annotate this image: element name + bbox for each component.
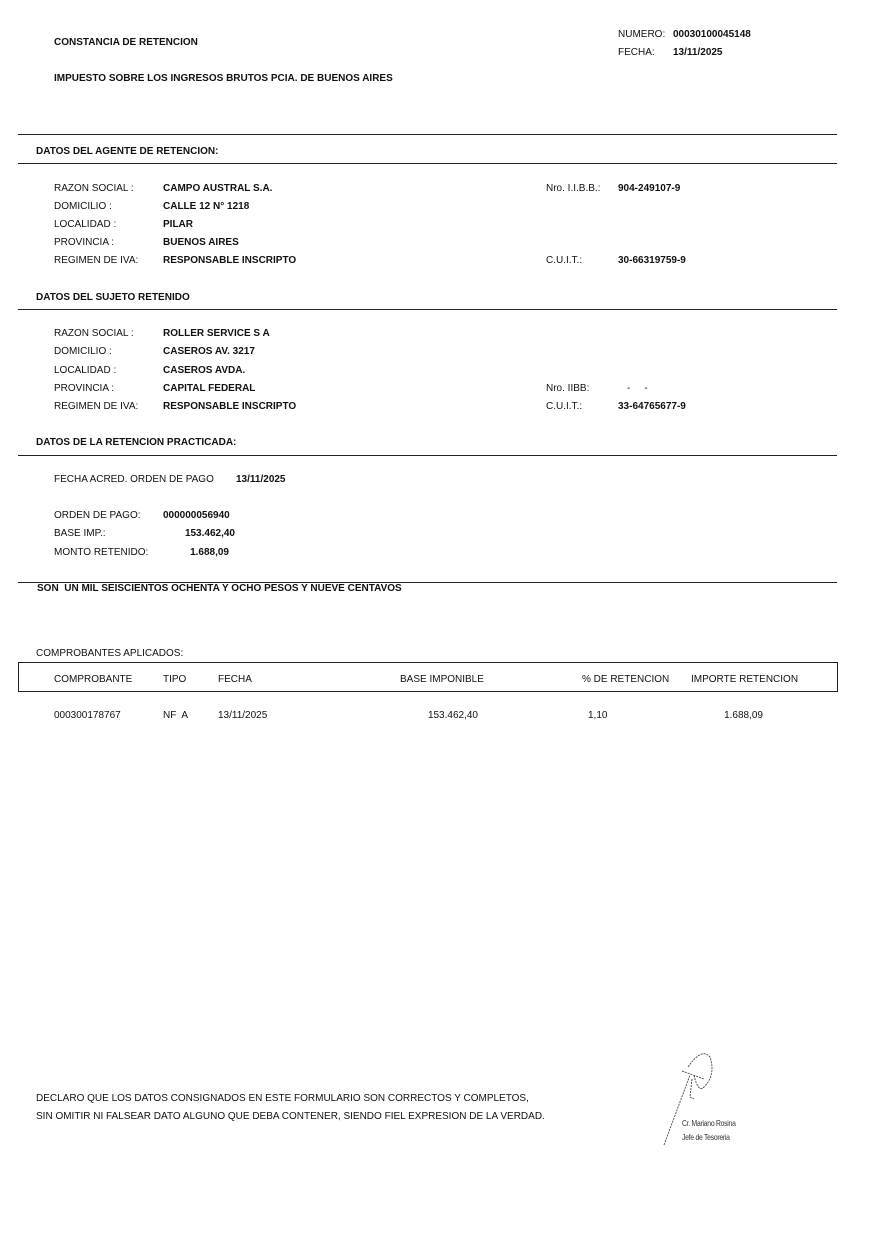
document-subtitle: IMPUESTO SOBRE LOS INGRESOS BRUTOS PCIA.… [54, 73, 393, 84]
field-value: RESPONSABLE INSCRIPTO [163, 401, 296, 412]
cuit-label: C.U.I.T.: [546, 401, 582, 412]
signature-name: Cr. Mariano Rosina [682, 1119, 736, 1128]
iibb-value: 904-249107-9 [618, 183, 680, 194]
column-header: COMPROBANTE [54, 674, 132, 685]
field-value: RESPONSABLE INSCRIPTO [163, 255, 296, 266]
signature-role: Jefe de Tesoreria [682, 1133, 730, 1142]
field-value: CAMPO AUSTRAL S.A. [163, 183, 272, 194]
declaration-line-1: DECLARO QUE LOS DATOS CONSIGNADOS EN EST… [36, 1093, 529, 1104]
amount-in-words: SON UN MIL SEISCIENTOS OCHENTA Y OCHO PE… [37, 583, 402, 594]
cell-comprobante: 000300178767 [54, 710, 121, 721]
numero-label: NUMERO: [618, 29, 665, 40]
column-header: % DE RETENCION [582, 674, 669, 685]
declaration-line-2: SIN OMITIR NI FALSEAR DATO ALGUNO QUE DE… [36, 1111, 545, 1122]
section-title-retencion: DATOS DE LA RETENCION PRACTICADA: [36, 437, 236, 448]
divider [18, 309, 837, 310]
orden-value: 000000056940 [163, 510, 230, 521]
monto-label: MONTO RETENIDO: [54, 547, 148, 558]
field-label: PROVINCIA : [54, 383, 114, 394]
base-label: BASE IMP.: [54, 528, 106, 539]
divider [18, 134, 837, 135]
monto-value: 1.688,09 [163, 547, 229, 558]
field-label: REGIMEN DE IVA: [54, 401, 138, 412]
signature: Cr. Mariano Rosina Jefe de Tesoreria [660, 1045, 760, 1150]
field-value: ROLLER SERVICE S A [163, 328, 270, 339]
divider [18, 455, 837, 456]
column-header: IMPORTE RETENCION [691, 674, 798, 685]
field-value: BUENOS AIRES [163, 237, 239, 248]
cuit-label: C.U.I.T.: [546, 255, 582, 266]
section-title-sujeto: DATOS DEL SUJETO RETENIDO [36, 292, 190, 303]
cell-tipo: NF A [163, 710, 188, 721]
cell-base-imponible: 153.462,40 [400, 710, 478, 721]
field-label: PROVINCIA : [54, 237, 114, 248]
cell-importe: 1.688,09 [700, 710, 763, 721]
divider [18, 163, 837, 164]
column-header: FECHA [218, 674, 252, 685]
numero-value: 00030100045148 [673, 29, 751, 40]
iibb-value: - - [627, 383, 648, 394]
field-label: REGIMEN DE IVA: [54, 255, 138, 266]
field-value: CALLE 12 N° 1218 [163, 201, 249, 212]
field-label: RAZON SOCIAL : [54, 183, 134, 194]
cell-fecha: 13/11/2025 [218, 710, 267, 721]
field-label: LOCALIDAD : [54, 365, 116, 376]
fecha-acred-value: 13/11/2025 [236, 474, 286, 485]
fecha-label: FECHA: [618, 47, 655, 58]
comprobantes-title: COMPROBANTES APLICADOS: [36, 648, 183, 659]
column-header: BASE IMPONIBLE [400, 674, 484, 685]
orden-label: ORDEN DE PAGO: [54, 510, 141, 521]
field-value: PILAR [163, 219, 193, 230]
cell-porcentaje: 1,10 [588, 710, 607, 721]
field-label: DOMICILIO : [54, 201, 112, 212]
document-title: CONSTANCIA DE RETENCION [54, 37, 198, 48]
field-value: CASEROS AVDA. [163, 365, 245, 376]
field-label: RAZON SOCIAL : [54, 328, 134, 339]
iibb-label: Nro. I.I.B.B.: [546, 183, 600, 194]
section-title-agente: DATOS DEL AGENTE DE RETENCION: [36, 146, 218, 157]
column-header: TIPO [163, 674, 186, 685]
cuit-value: 33-64765677-9 [618, 401, 686, 412]
field-value: CAPITAL FEDERAL [163, 383, 255, 394]
iibb-label: Nro. IIBB: [546, 383, 589, 394]
fecha-acred-label: FECHA ACRED. ORDEN DE PAGO [54, 474, 214, 485]
field-label: LOCALIDAD : [54, 219, 116, 230]
base-value: 153.462,40 [163, 528, 235, 539]
field-value: CASEROS AV. 3217 [163, 346, 255, 357]
field-label: DOMICILIO : [54, 346, 112, 357]
fecha-value: 13/11/2025 [673, 47, 723, 58]
cuit-value: 30-66319759-9 [618, 255, 686, 266]
